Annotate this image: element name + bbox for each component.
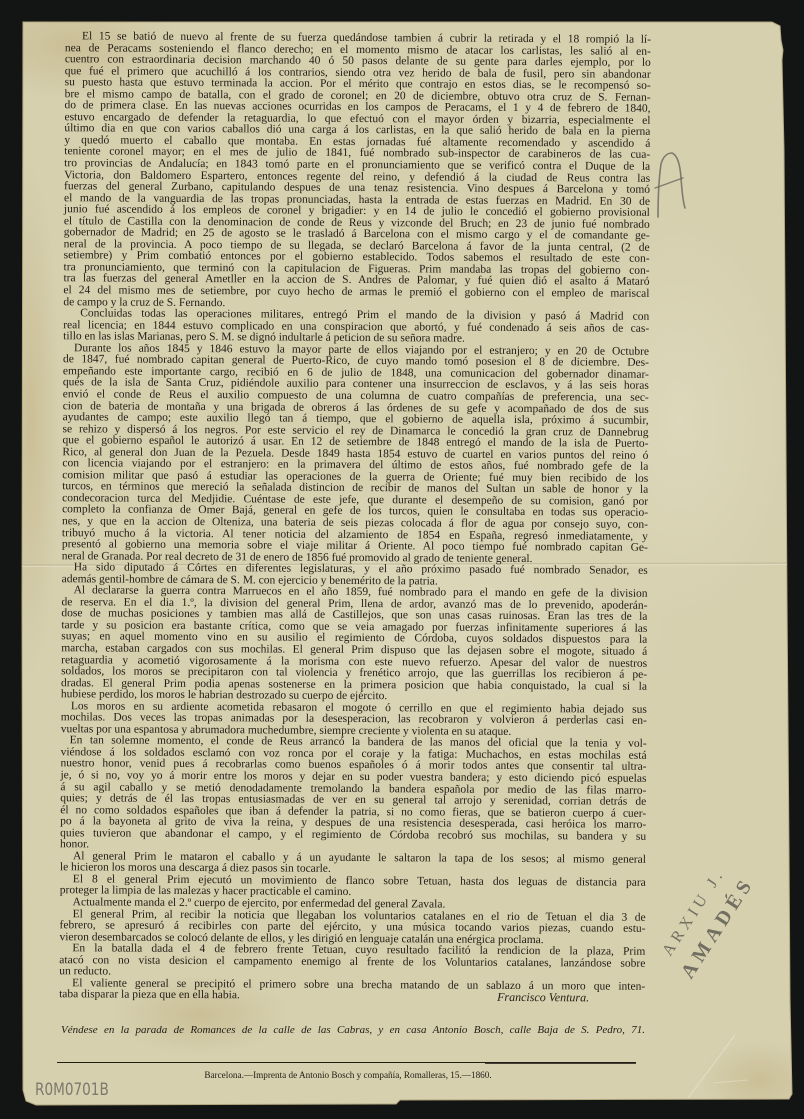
paragraph: El valiente general se precipitó el prim… bbox=[59, 978, 645, 1005]
paragraph: En la batalla dada el 4 de febrero frent… bbox=[59, 944, 645, 982]
text-line-content: taba disparar la pieza que en ella habia… bbox=[59, 989, 240, 1002]
printer-imprint: Barcelona.—Imprenta de Antonio Bosch y c… bbox=[150, 1069, 546, 1081]
paragraph: Los moros en su ardiente acometida rebas… bbox=[61, 701, 647, 739]
handwritten-letter-a-annotation: A bbox=[650, 148, 692, 223]
paragraph: En tan solemne momento, el conde de Reus… bbox=[60, 736, 647, 855]
paragraph: Concluidas todas las operaciones militar… bbox=[63, 309, 649, 347]
author-signature: Francisco Ventura. bbox=[497, 992, 589, 1004]
article-body: El 15 se batió de nuevo al frente de su … bbox=[59, 31, 651, 1004]
paragraph: El general Prim, al recibir la noticia q… bbox=[59, 909, 645, 947]
sale-notice: Véndese en la parada de Romances de la c… bbox=[61, 1023, 645, 1037]
paragraph: El 15 se batió de nuevo al frente de su … bbox=[63, 31, 651, 312]
footer-rule-accent bbox=[485, 1063, 636, 1064]
scan-background: El 15 se batió de nuevo al frente de su … bbox=[0, 0, 804, 1119]
paragraph: Durante los años 1845 y 1846 estuvo la m… bbox=[62, 343, 649, 566]
catalog-number-annotation: R0M0701B bbox=[35, 1081, 109, 1099]
paragraph: Al declararse la guerra contra Marruecos… bbox=[61, 586, 648, 705]
